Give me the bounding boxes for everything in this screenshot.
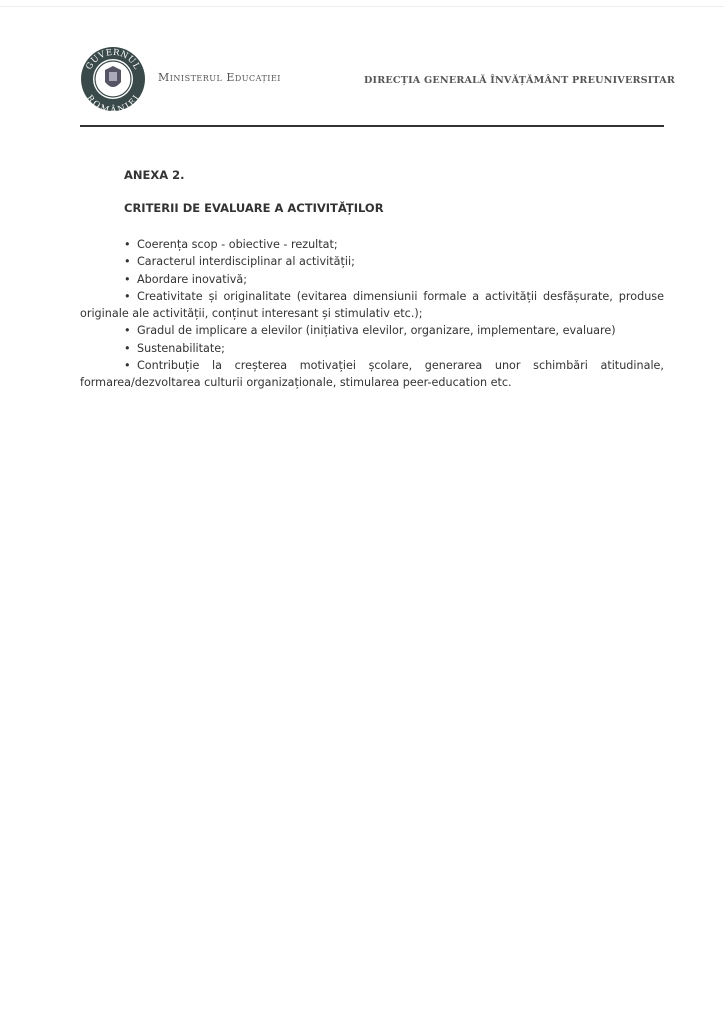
list-item: •Gradul de implicare a elevilor (inițiat… bbox=[80, 322, 664, 339]
bullet-icon: • bbox=[124, 253, 137, 270]
government-seal-icon: GUVERNUL ROMÂNIEI bbox=[80, 46, 146, 112]
list-item: •Creativitate și originalitate (evitarea… bbox=[80, 288, 664, 323]
ministry-name: Ministerul Educației bbox=[158, 71, 281, 84]
list-item: •Abordare inovativă; bbox=[80, 271, 664, 288]
bullet-icon: • bbox=[124, 322, 137, 339]
document-title: CRITERII DE EVALUARE A ACTIVITĂȚILOR bbox=[124, 201, 384, 215]
bullet-icon: • bbox=[124, 271, 137, 288]
list-item: •Sustenabilitate; bbox=[80, 340, 664, 357]
bullet-icon: • bbox=[124, 236, 137, 253]
directorate-name: DIRECȚIA GENERALĂ ÎNVĂȚĂMÂNT PREUNIVERSI… bbox=[364, 75, 675, 86]
list-item: •Coerența scop - obiective - rezultat; bbox=[80, 236, 664, 253]
bullet-icon: • bbox=[124, 340, 137, 357]
annex-label: ANEXA 2. bbox=[124, 168, 185, 182]
criteria-list: •Coerența scop - obiective - rezultat; •… bbox=[80, 236, 664, 392]
bullet-icon: • bbox=[124, 288, 137, 305]
list-item: •Contribuție la creșterea motivației șco… bbox=[80, 357, 664, 392]
header-divider bbox=[80, 125, 664, 127]
list-item: •Caracterul interdisciplinar al activită… bbox=[80, 253, 664, 270]
page-edge bbox=[0, 6, 724, 7]
bullet-icon: • bbox=[124, 357, 137, 374]
